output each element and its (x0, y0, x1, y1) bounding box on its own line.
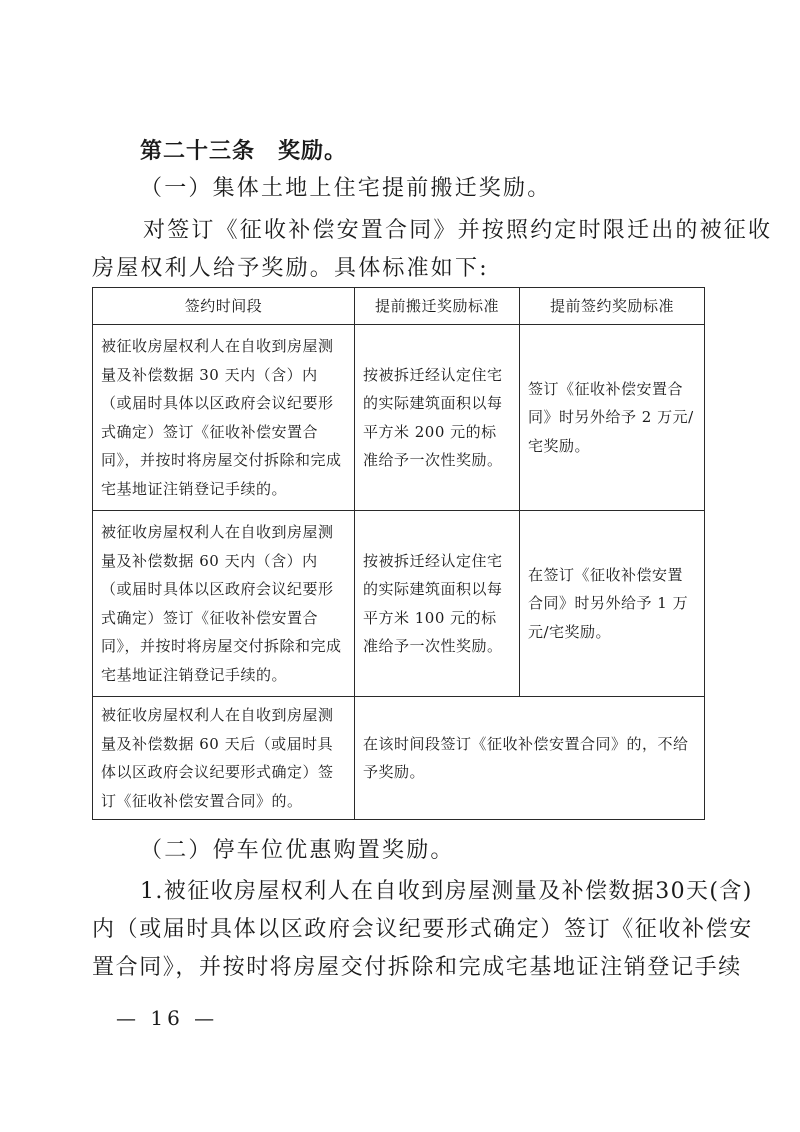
reward-standards-table: 签约时间段 提前搬迁奖励标准 提前签约奖励标准 被征收房屋权利人在自收到房屋测量… (92, 287, 705, 820)
table-row: 被征收房屋权利人在自收到房屋测量及补偿数据 60 天内（含）内（或届时具体以区政… (93, 511, 705, 697)
cell-signing-reward: 签订《征收补偿安置合同》时另外给予 2 万元/宅奖励。 (520, 325, 705, 511)
table-row: 被征收房屋权利人在自收到房屋测量及补偿数据 30 天内（含）内（或届时具体以区政… (93, 325, 705, 511)
cell-relocation-reward: 按被拆迁经认定住宅的实际建筑面积以每平方米 200 元的标准给予一次性奖励。 (355, 325, 520, 511)
section-two-heading: （二）停车位优惠购置奖励。 (140, 836, 455, 866)
article-heading: 第二十三条 奖励。 (140, 137, 347, 167)
paragraph-text-line: 内（或届时具体以区政府会议纪要形式确定）签订《征收补偿安 (92, 915, 753, 945)
cell-signing-period: 被征收房屋权利人在自收到房屋测量及补偿数据 60 天内（含）内（或届时具体以区政… (93, 511, 355, 697)
paragraph-text-line: 1.被征收房屋权利人在自收到房屋测量及补偿数据30天(含) (140, 877, 753, 907)
header-relocation-reward: 提前搬迁奖励标准 (355, 288, 520, 325)
intro-text-line: 对签订《征收补偿安置合同》并按照约定时限迁出的被征收 (143, 216, 772, 246)
cell-signing-period: 被征收房屋权利人在自收到房屋测量及补偿数据 30 天内（含）内（或届时具体以区政… (93, 325, 355, 511)
paragraph-text-line: 置合同》，并按时将房屋交付拆除和完成宅基地证注销登记手续 (92, 953, 742, 983)
table-row: 被征收房屋权利人在自收到房屋测量及补偿数据 60 天后（或届时具体以区政府会议纪… (93, 697, 705, 820)
cell-signing-reward: 在签订《征收补偿安置合同》时另外给予 1 万元/宅奖励。 (520, 511, 705, 697)
section-one-heading: （一）集体土地上住宅提前搬迁奖励。 (140, 174, 551, 204)
cell-merged-reward: 在该时间段签订《征收补偿安置合同》的，不给予奖励。 (355, 697, 705, 820)
header-signing-reward: 提前签约奖励标准 (520, 288, 705, 325)
page-number: — 16 — (116, 1006, 218, 1030)
cell-relocation-reward: 按被拆迁经认定住宅的实际建筑面积以每平方米 100 元的标准给予一次性奖励。 (355, 511, 520, 697)
header-signing-period: 签约时间段 (93, 288, 355, 325)
cell-signing-period: 被征收房屋权利人在自收到房屋测量及补偿数据 60 天后（或届时具体以区政府会议纪… (93, 697, 355, 820)
table-header-row: 签约时间段 提前搬迁奖励标准 提前签约奖励标准 (93, 288, 705, 325)
intro-text-line: 房屋权利人给予奖励。具体标准如下: (92, 254, 489, 284)
